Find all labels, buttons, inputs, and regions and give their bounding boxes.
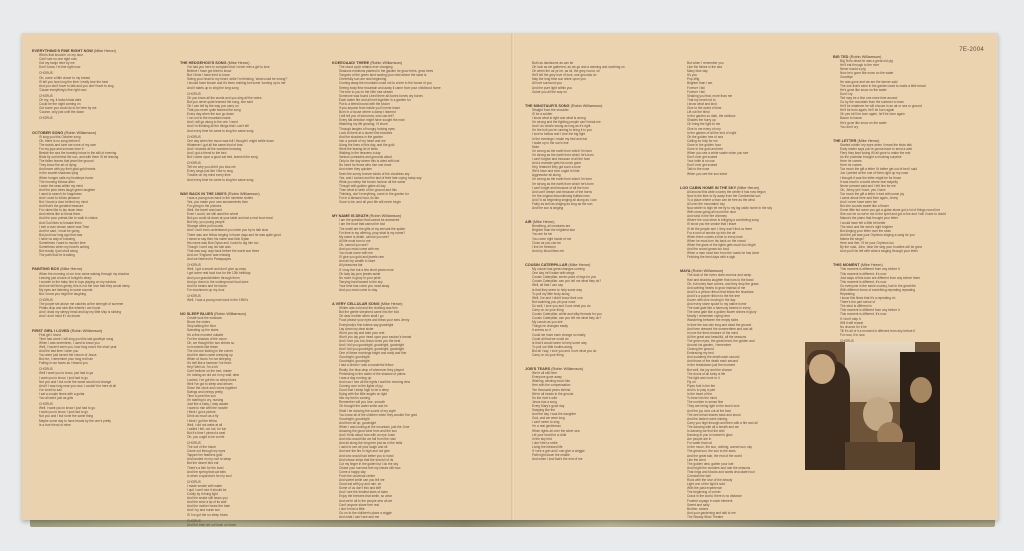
song-block: NO SLEEP BLUES (Robin Williamson)Create … bbox=[180, 312, 328, 527]
photo-head-right bbox=[910, 377, 932, 403]
song-author: (Robin Williamson) bbox=[571, 104, 603, 108]
lyrics: Who's that knockin' on my doorCan't see … bbox=[32, 53, 172, 120]
song-author: (Robin Williamson) bbox=[64, 131, 96, 135]
song-author: (Mike Heron) bbox=[60, 267, 82, 271]
band-photo bbox=[805, 342, 940, 470]
lyrics-column-6: BIG TED (Robin Williamson)Big Ted's dead… bbox=[833, 55, 983, 369]
song-block: AIR (Mike Heron)Breathing, all creatures… bbox=[525, 220, 675, 253]
lyric-line: And you'll be left with what a singing t… bbox=[840, 249, 983, 253]
lyrics: Both as handsome as can beOh look as we … bbox=[525, 61, 675, 94]
lyrics: Straight from the shoulderI'll be a sold… bbox=[525, 108, 675, 210]
lyrics-column-1: EVERYTHING'S FINE RIGHT NOW (Mike Heron)… bbox=[32, 49, 172, 437]
song-block: FIRST GIRL I LOVED (Robin Williamson)Fir… bbox=[32, 329, 172, 427]
lyrics: Winter was cold and the clothing was thi… bbox=[332, 306, 502, 519]
lyric-line: When you see the sun shine bbox=[687, 172, 830, 176]
lyric-line: And my blood likes me bbox=[532, 249, 675, 253]
song-block: OCTOBER SONG (Robin Williamson)I'll sing… bbox=[32, 131, 172, 258]
lyric-line: The Steady Wind Theatre bbox=[687, 515, 830, 519]
song-block: THE LETTER (Mike Heron)Started rubbin' m… bbox=[833, 139, 983, 254]
lyric-line: For now, it is now bbox=[840, 333, 983, 337]
song-title-text: FIRST GIRL I LOVED bbox=[32, 329, 69, 333]
song-block: A VERY CELLULAR SONG (Mike Heron)Winter … bbox=[332, 302, 502, 519]
song-block: KOEEOAAD! THERE (Robin Williamson)The cl… bbox=[332, 61, 502, 204]
lyric-line: For mushroom up my door bbox=[187, 288, 328, 292]
song-block: WAY BACK IN THE 1960'S (Robin Williamson… bbox=[180, 192, 328, 302]
song-block: But when I remember youLike the fishes i… bbox=[680, 61, 830, 176]
lyrics: All around this wide country the winter … bbox=[680, 190, 830, 260]
lyric-line: Is a true friend of mine bbox=[39, 423, 172, 427]
lyric-line: And every time he came to sing the same … bbox=[187, 129, 328, 133]
lyrics: My cousin has great changes comingOne da… bbox=[525, 267, 675, 357]
lyrics: I'll sing you this October songOh, there… bbox=[32, 135, 172, 258]
lyric-line: Well, I was a young man back in the 1960… bbox=[187, 298, 328, 302]
song-author: (Robin Williamson) bbox=[70, 329, 102, 333]
lyrics: We're all still hereEveryone gone awayWi… bbox=[525, 371, 675, 461]
song-block: COUSIN CATERPILLAR (Mike Heron)My cousin… bbox=[525, 263, 675, 357]
lyrics-column-2: THE HEDGEHOG'S SONG (Mike Heron)I've had… bbox=[180, 61, 328, 537]
song-title-text: OCTOBER SONG bbox=[32, 131, 63, 135]
lyric-line: You don't cry bbox=[840, 125, 983, 129]
lyrics: First girl I lovedTime has come I will s… bbox=[32, 333, 172, 427]
lyric-line: But I know you might be laughing bbox=[39, 292, 172, 296]
lyric-line: But I came upon a good sat bed, learned … bbox=[187, 155, 328, 159]
lyric-line: And every time he came to sing the same … bbox=[187, 178, 328, 182]
song-author: (Mike Heron) bbox=[94, 49, 116, 53]
lyric-line: 'Course, only just until the dawn bbox=[39, 110, 172, 114]
lyric-line: Fetching the tired days with a sigh bbox=[687, 255, 830, 259]
lyric-line: The path that he is taking bbox=[39, 253, 172, 257]
photo-head-left bbox=[809, 354, 835, 384]
lyrics-column-4: Both as handsome as can beOh look as we … bbox=[525, 61, 675, 471]
lyrics: I am the question that cannot be answere… bbox=[332, 218, 502, 292]
lyric-line: Guide you all the way on bbox=[532, 90, 675, 94]
lyrics: Create took the windowsBruce the chairsS… bbox=[180, 316, 328, 527]
song-block: THE MINOTAUR'S SONG (Robin Williamson)St… bbox=[525, 104, 675, 210]
lyric-line: And it starts up to sing the long song bbox=[187, 86, 328, 90]
lyric-line: And we listened to Paraquayes bbox=[187, 257, 328, 261]
lyric-line: Carry on do your thing bbox=[532, 353, 675, 357]
song-title-text: AIR bbox=[525, 220, 532, 224]
lyric-line: Gone to be, and all your life will never… bbox=[339, 200, 502, 204]
photo-table bbox=[845, 442, 915, 470]
lyric-line: I'll I've got the no sleep blues bbox=[187, 513, 328, 517]
song-block: EVERYTHING'S FINE RIGHT NOW (Mike Heron)… bbox=[32, 49, 172, 121]
song-block: LOG CABIN HOME IN THE SKY (Mike Heron)Al… bbox=[680, 186, 830, 260]
song-block: Both as handsome as can beOh look as we … bbox=[525, 61, 675, 94]
lyric-line: And the sun is singing bbox=[532, 206, 675, 210]
lyrics-column-3: KOEEOAAD! THERE (Robin Williamson)The cl… bbox=[332, 61, 502, 529]
song-block: MY NAME IS DEATH (Robin Williamson)I am … bbox=[332, 214, 502, 292]
left-panel: EVERYTHING'S FINE RIGHT NOW (Mike Heron)… bbox=[22, 33, 512, 520]
lyric-line: Oh, you ought to be a mile bbox=[187, 435, 328, 439]
lyric-line: Don't know, I'm fine right now bbox=[39, 65, 172, 69]
song-block: THE HEDGEHOG'S SONG (Mike Heron)I've had… bbox=[180, 61, 328, 182]
lyrics: Breathing, all creatures areBrighter tha… bbox=[525, 224, 675, 253]
lyric-line: You all were just as girls bbox=[39, 396, 172, 400]
lyrics: I've had you here to complain that I nev… bbox=[180, 65, 328, 182]
lyric-line: And I don't mind if I do drown bbox=[39, 314, 172, 318]
lyrics: But when I remember youLike the fishes i… bbox=[680, 61, 830, 176]
catalog-number: 7E-2004 bbox=[959, 47, 984, 53]
lyric-line: And you must come to clay bbox=[339, 288, 502, 292]
song-block: PAINTING BOX (Mike Heron)When the mornin… bbox=[32, 267, 172, 318]
lyrics: I was a young man back in the nineteen s… bbox=[180, 196, 328, 302]
lyric-line: Falling in our faces as I kissed you bbox=[39, 361, 172, 365]
song-block: JOB'S TEARS (Robin Williamson)We're all … bbox=[525, 367, 675, 461]
lyric-line: Is when a sparrow's for my soul bbox=[187, 474, 328, 478]
lyric-line: And when I lost that's the end of me bbox=[532, 457, 675, 461]
lyrics: Big Ted's dead he was a great old pigHe'… bbox=[833, 59, 983, 129]
lyrics: Started rubbin' my eyes when I heard the… bbox=[833, 143, 983, 254]
song-title-text: PAINTING BOX bbox=[32, 267, 59, 271]
chorus-label: CHORUS bbox=[39, 116, 172, 120]
lyric-line: 'Cause everything's fine right now bbox=[39, 88, 172, 92]
lyrics: The cloud cycle retains ever changingSea… bbox=[332, 65, 502, 204]
lyric-line: And what I can't see and me bbox=[339, 515, 502, 519]
lyrics: When the morning of our love came waking… bbox=[32, 272, 172, 319]
song-block: BIG TED (Robin Williamson)Big Ted's dead… bbox=[833, 55, 983, 129]
lyric-line: And the train set out back on down bbox=[187, 523, 328, 527]
